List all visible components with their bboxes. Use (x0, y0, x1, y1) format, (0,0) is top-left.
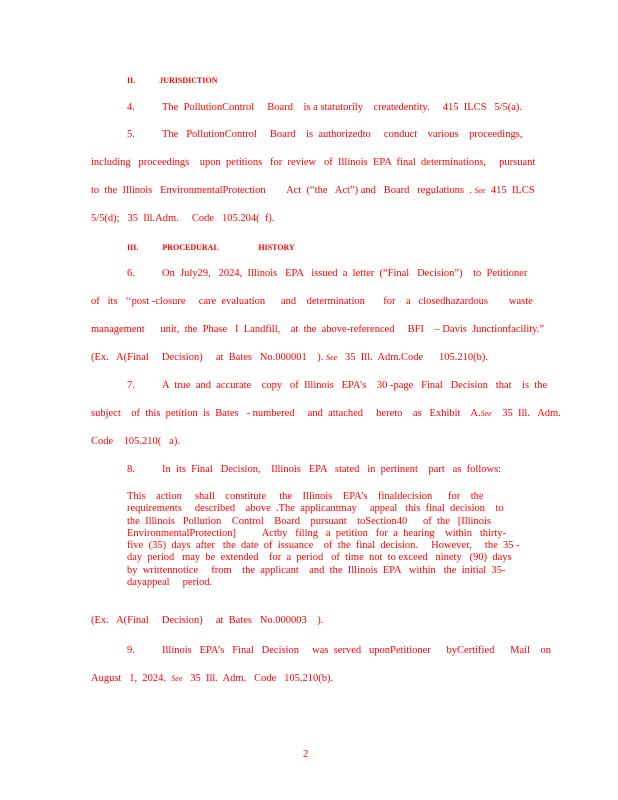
paragraph-text-line: (Ex. A(Final Decision) at Bates No.00000… (91, 352, 488, 364)
paragraph-4: 4. The PollutionControl Board is a statu… (127, 102, 135, 114)
paragraph-8: 8. In its Final Decision, Illinois EPA s… (127, 464, 135, 476)
paragraph-text-line: August 1, 2024. See 35 Ill. Adm. Code 10… (91, 673, 333, 685)
paragraph-text-line: (Ex. A(Final Decision) at Bates No.00000… (91, 615, 323, 627)
section-title: HISTORY (258, 243, 294, 252)
paragraph-text: Illinois EPA’s Final Decision was served… (162, 645, 551, 657)
paragraph-text-line: Code 105.210( a). (91, 436, 180, 448)
paragraph-text: A true and accurate copy of Illinois EPA… (162, 380, 547, 392)
paragraph-number: 8. (127, 464, 135, 475)
paragraph-text: On July29, 2024, Illinois EPA issued a l… (162, 268, 527, 280)
paragraph-number: 4. (127, 102, 135, 113)
quote-line: EnvironmentalProtection] Actby filing a … (127, 528, 497, 540)
text-run: (Ex. A(Final Decision) at Bates No.00000… (91, 352, 326, 363)
paragraph-number: 5. (127, 129, 135, 140)
section-title: JURISDICTION (159, 76, 217, 85)
section-heading-jurisdiction: II. JURISDICTION (127, 75, 217, 87)
paragraph-text: The PollutionControl Board is a statutor… (162, 102, 522, 114)
text-run: 35 Ill. Adm. Code 105.210(b). (182, 673, 333, 684)
paragraph-number: 9. (127, 645, 135, 656)
citation-signal: See (481, 409, 492, 418)
paragraph-number: 7. (127, 380, 135, 391)
text-run: 415 ILCS (486, 185, 535, 196)
text-run: subject of this petition is Bates - numb… (91, 408, 481, 419)
text-run: to the Illinois EnvironmentalProtection … (91, 185, 474, 196)
quote-line: by writtennotice from the applicant and … (127, 565, 497, 577)
paragraph-7: 7. A true and accurate copy of Illinois … (127, 380, 135, 392)
block-quote: This action shall constitute the Illinoi… (127, 491, 497, 589)
paragraph-9: 9. Illinois EPA’s Final Decision was ser… (127, 645, 135, 657)
quote-line: This action shall constitute the Illinoi… (127, 491, 497, 503)
section-heading-procedural-history: III. PROCEDURAL HISTORY (127, 242, 295, 254)
paragraph-text-line: including proceedings upon petitions for… (91, 157, 535, 169)
paragraph-text-line: management unit, the Phase I Landfill, a… (91, 324, 544, 336)
section-numeral: II. (127, 76, 135, 85)
citation-signal: See (326, 353, 337, 362)
paragraph-text-line: 5/5(d); 35 Ill.Adm. Code 105.204( f). (91, 213, 274, 225)
quote-line: dayappeal period. (127, 577, 497, 589)
paragraph-text: The PollutionControl Board is authorized… (162, 129, 522, 141)
paragraph-6: 6. On July29, 2024, Illinois EPA issued … (127, 268, 135, 280)
paragraph-text-line: subject of this petition is Bates - numb… (91, 408, 561, 420)
text-run: August 1, 2024. (91, 673, 171, 684)
paragraph-text-line: of its ‘‘post -closure care evaluation a… (91, 296, 533, 308)
quote-line: the Illinois Pollution Control Board pur… (127, 516, 497, 528)
paragraph-5: 5. The PollutionControl Board is authori… (127, 129, 135, 141)
quote-line: requirements described above .The applic… (127, 503, 497, 515)
text-run: 35 Ill. Adm. (492, 408, 561, 419)
section-title: PROCEDURAL (162, 243, 218, 252)
text-run: 35 Ill. Adm.Code 105.210(b). (337, 352, 488, 363)
quote-line: five (35) days after the date of issuanc… (127, 540, 497, 552)
paragraph-text: In its Final Decision, Illinois EPA stat… (162, 464, 501, 476)
paragraph-number: 6. (127, 268, 135, 279)
citation-signal: See (171, 674, 182, 683)
quote-line: day period may be extended for a period … (127, 552, 497, 564)
paragraph-text-line: to the Illinois EnvironmentalProtection … (91, 185, 535, 197)
page-number: 2 (303, 749, 308, 761)
citation-signal: See (474, 186, 485, 195)
section-numeral: III. (127, 243, 138, 252)
